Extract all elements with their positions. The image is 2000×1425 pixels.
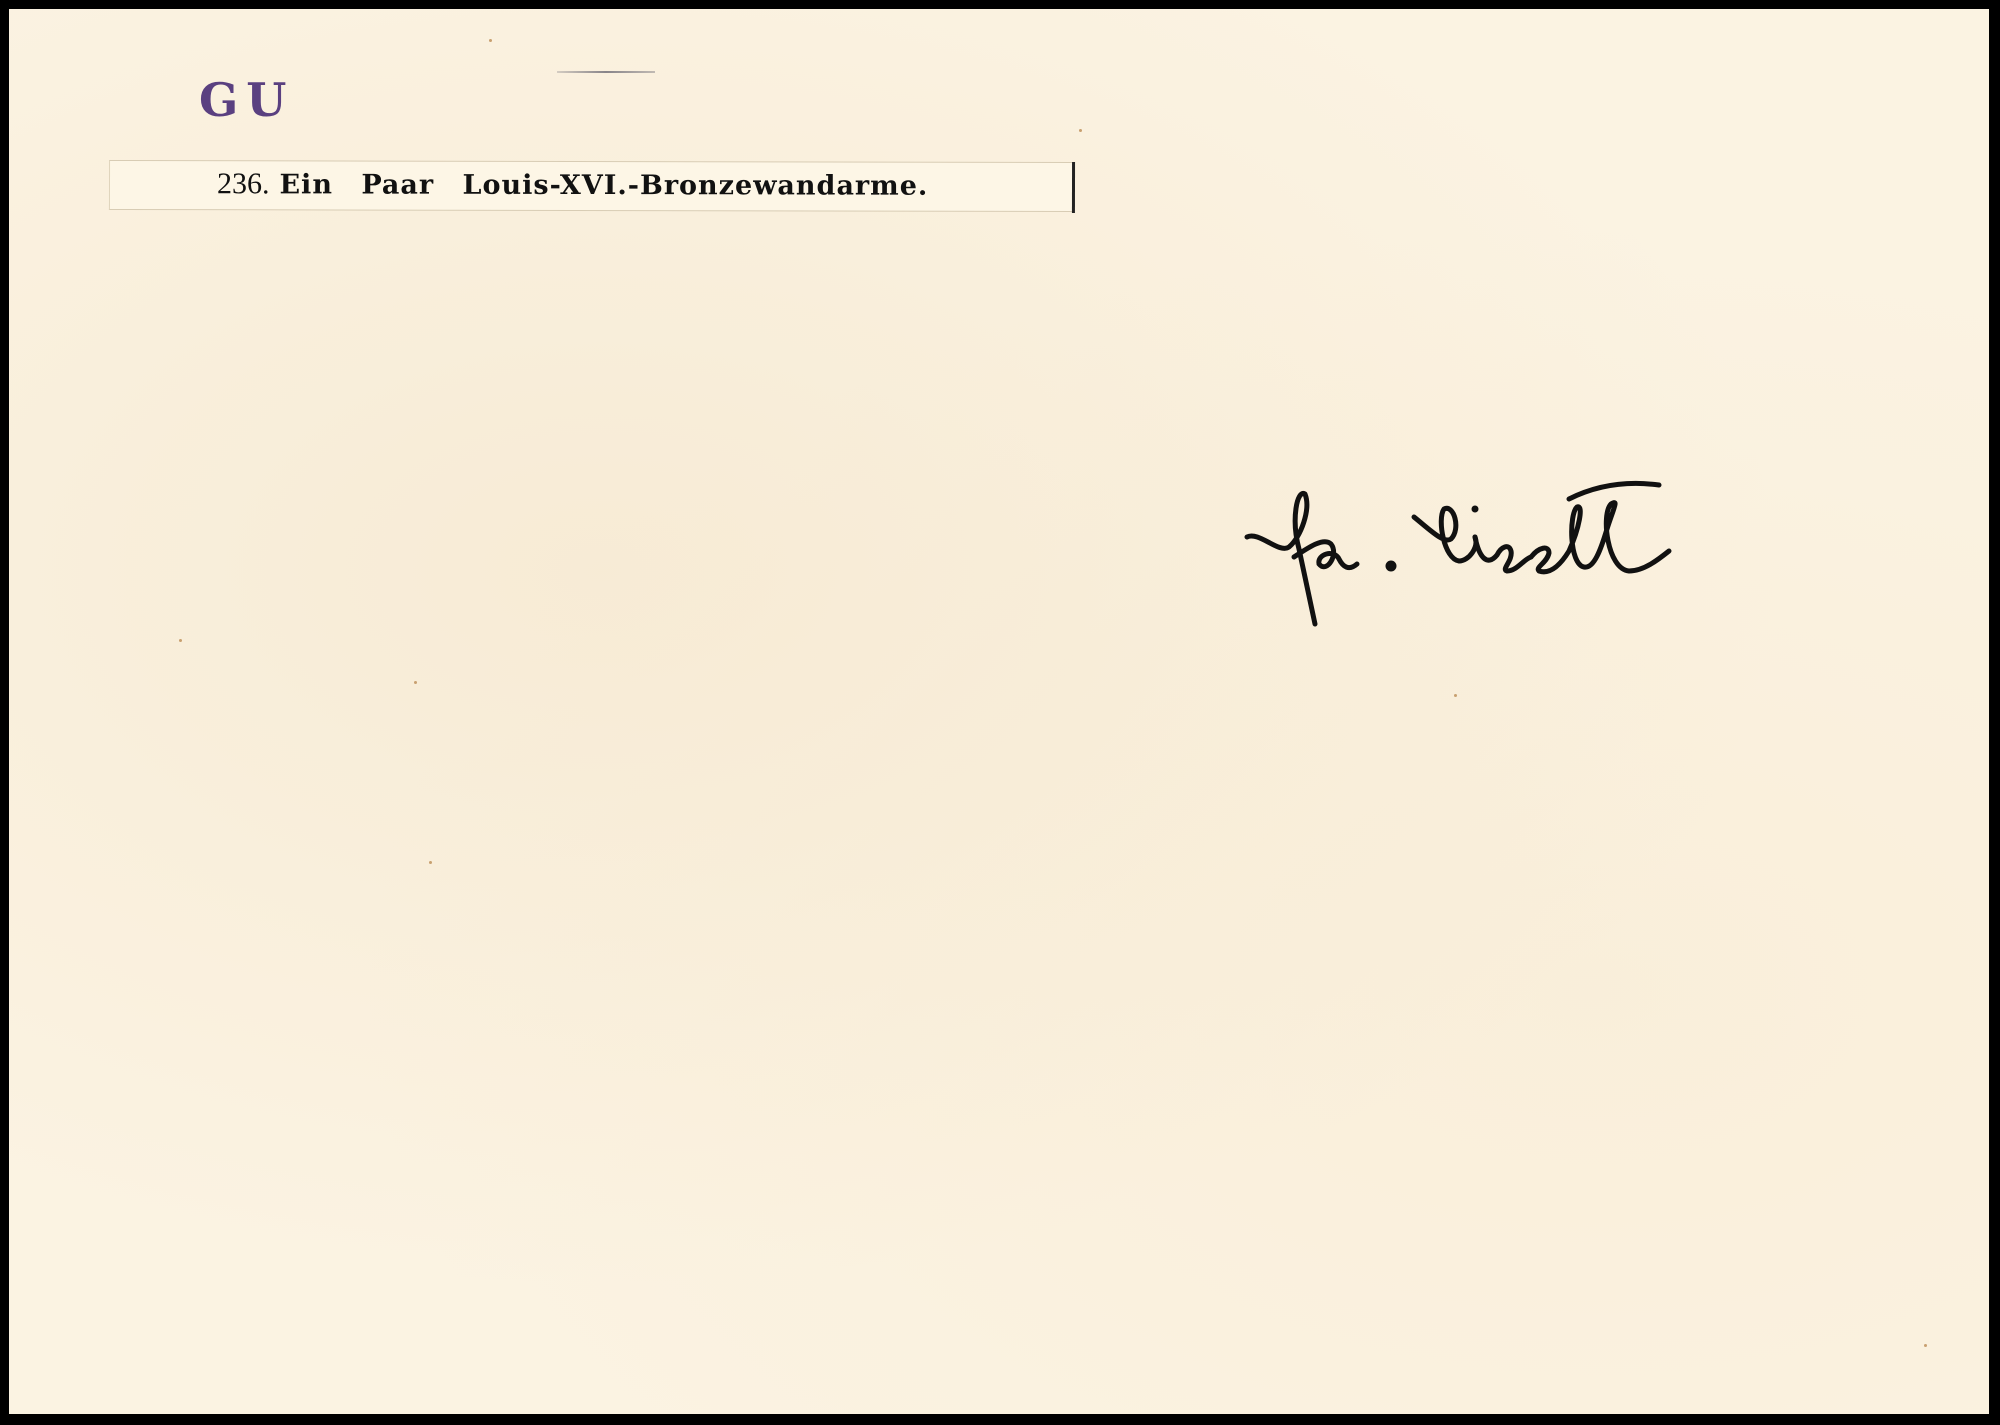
pencil-mark [557,71,655,73]
pasted-label-strip: 236.Ein Paar Louis-XVI.-Bronzewandarme. [109,160,1072,212]
strip-edge [1072,162,1075,213]
catalog-card: GU 236.Ein Paar Louis-XVI.-Bronzewandarm… [9,9,1989,1414]
paper-speck [429,861,432,864]
paper-speck [489,39,492,42]
ink-stamp: GU [199,73,294,127]
label-text: 236.Ein Paar Louis-XVI.-Bronzewandarme. [217,167,928,202]
lot-number: 236. [217,167,270,200]
lot-title: Ein Paar Louis-XVI.-Bronzewandarme. [279,169,928,201]
handwritten-signature: Ja. Lisell [1239,479,1699,649]
paper-speck [1454,694,1457,697]
paper-speck [179,639,182,642]
paper-speck [414,681,417,684]
paper-speck [1079,129,1082,132]
paper-speck [1924,1344,1927,1347]
